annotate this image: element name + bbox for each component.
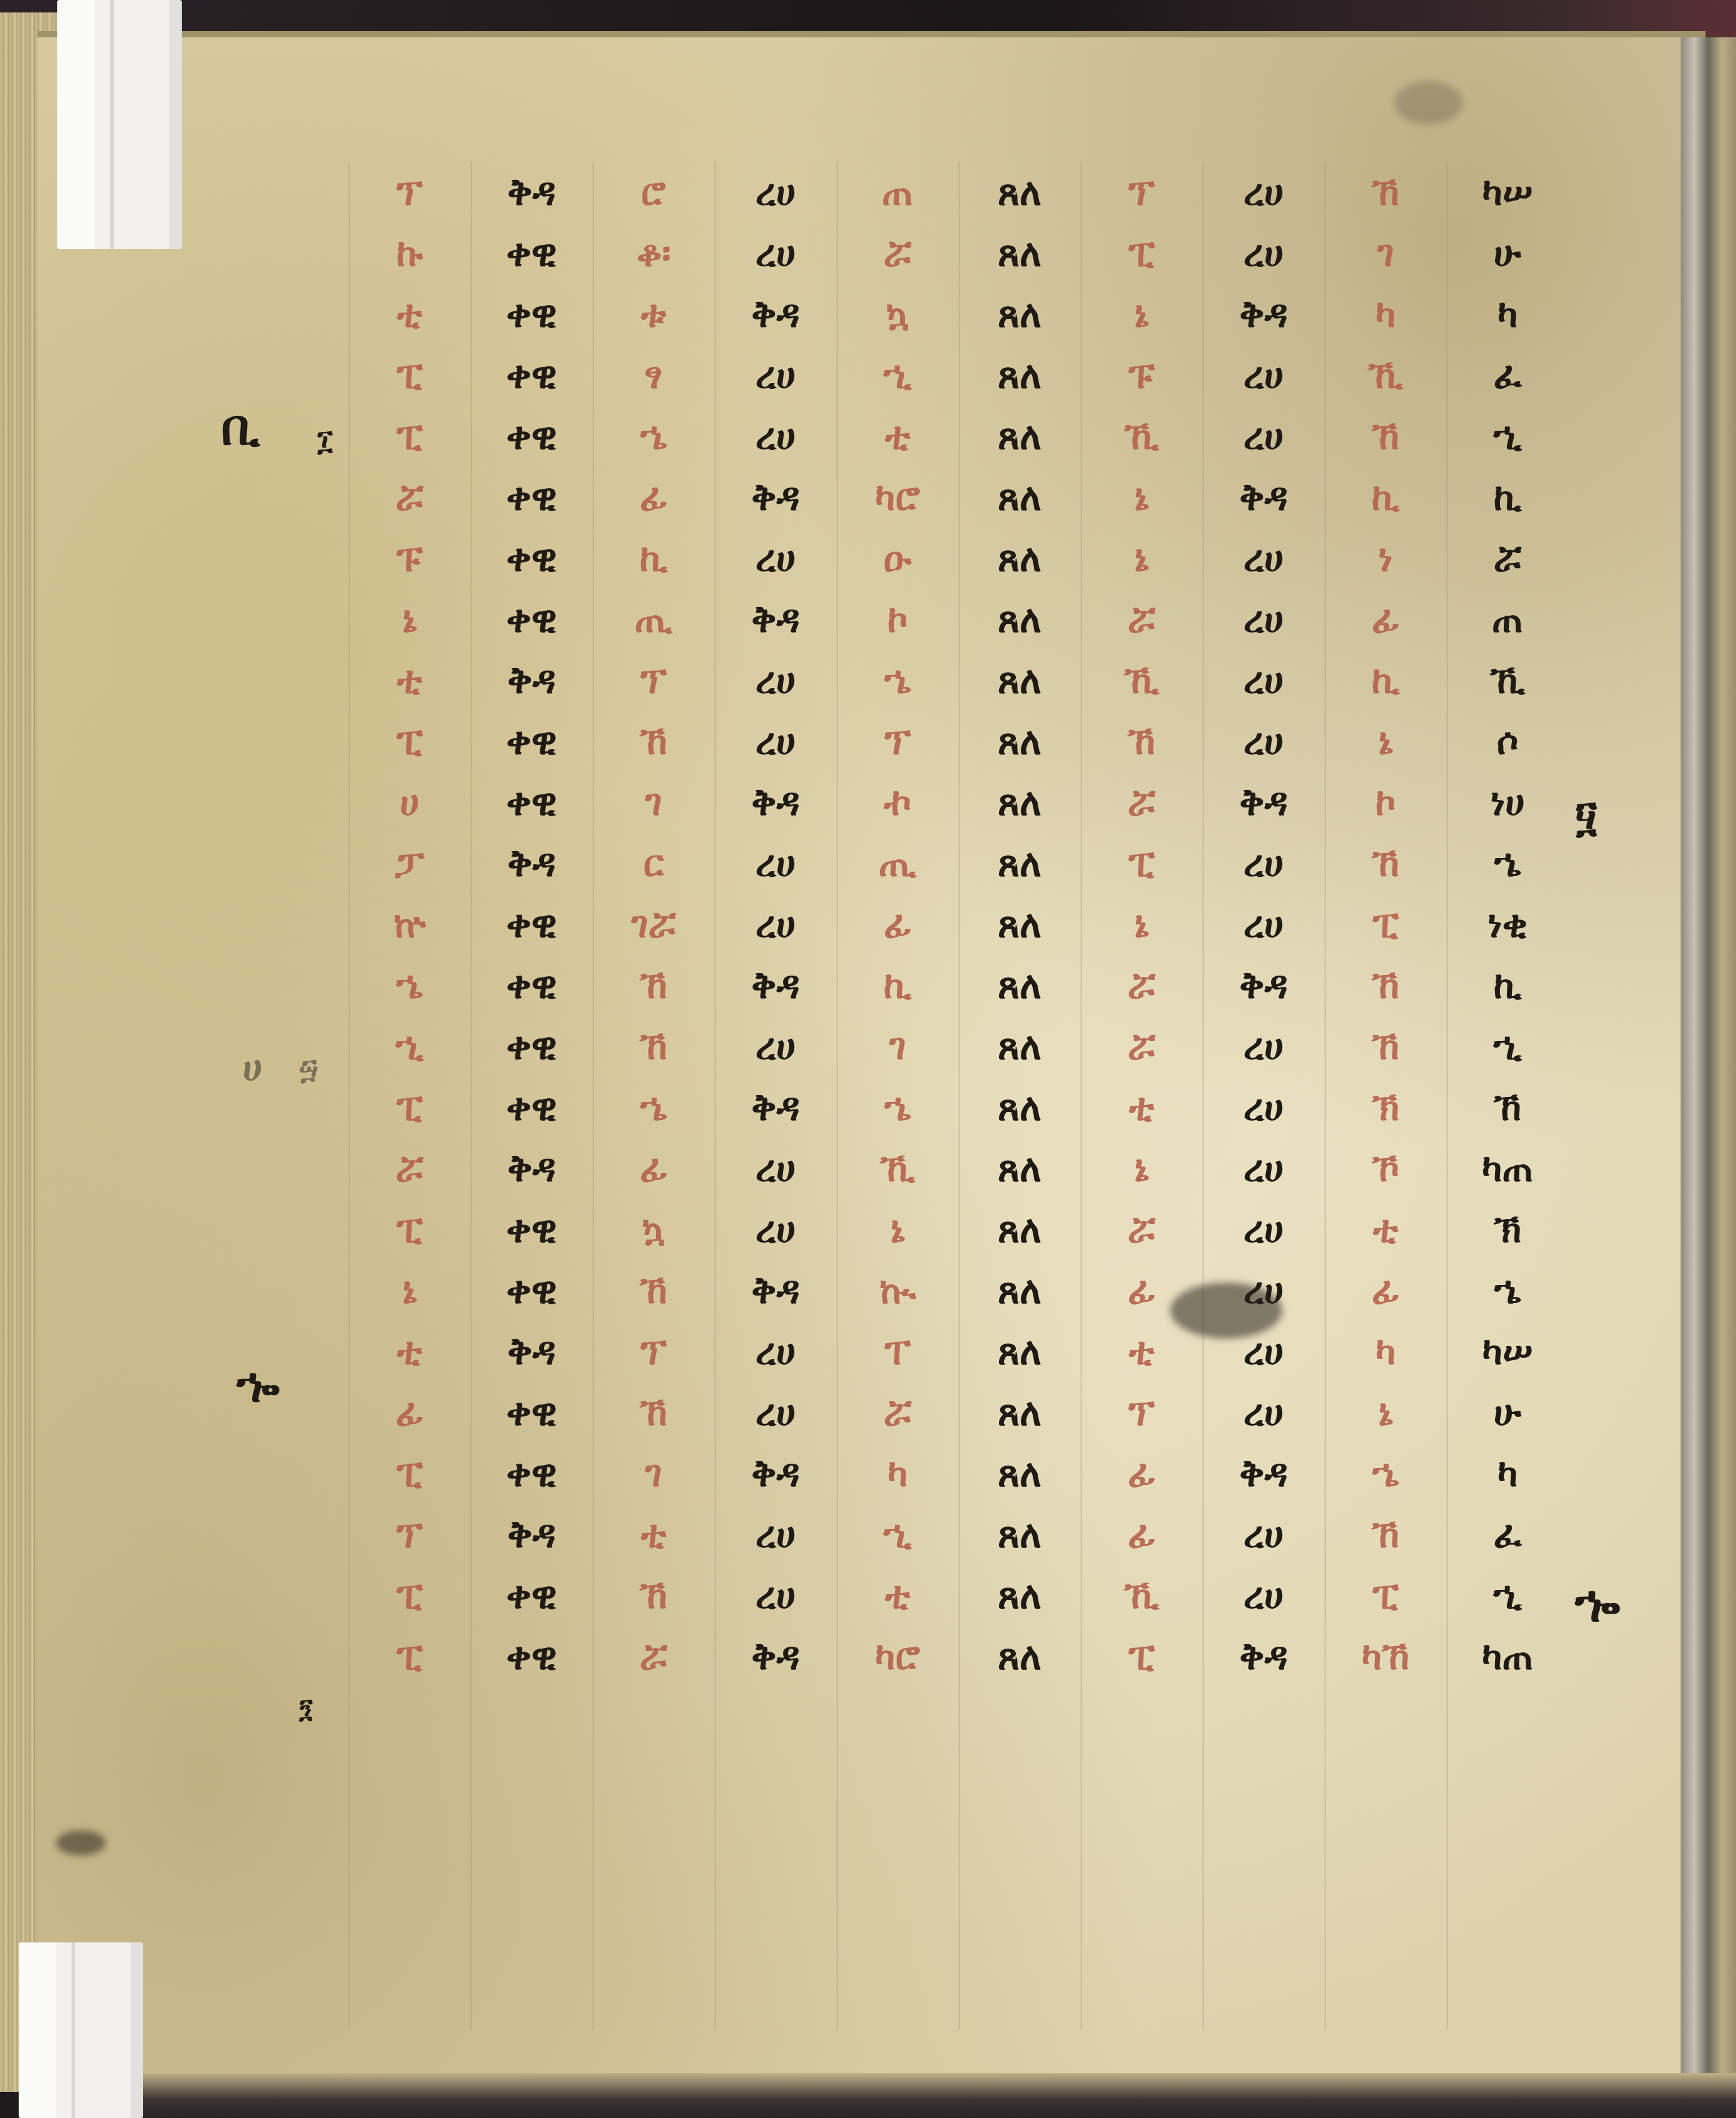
table-cell: ኳ	[837, 284, 959, 345]
table-cell: ኵ	[349, 894, 471, 955]
table-cell: ጢ	[837, 833, 959, 894]
table-cell: ረሀ	[715, 711, 837, 772]
table-cell: ረሀ	[715, 223, 837, 284]
table-cell: ቀዊ	[471, 1016, 593, 1077]
table-cell: ቅዳ	[1203, 772, 1325, 833]
table-cell: ሯ	[1447, 528, 1569, 589]
table-cell: ጸለ	[959, 1443, 1081, 1504]
table-cell: ገሯ	[593, 894, 715, 955]
character-table: ፕቅዳሮረሀጠጸለፕረሀኸካሠኩቀዊቆ፡ረሀሯጸለፒረሀገሁቲቀዊቱቅዳኳጸለኔ…	[349, 162, 1569, 1687]
table-cell: ኔ	[1325, 1382, 1447, 1443]
table-cell: ቲ	[837, 406, 959, 467]
margin-note-numeral: ፺	[299, 1693, 312, 1725]
table-cell: ቀዊ	[471, 711, 593, 772]
table-cell: ሯ	[837, 223, 959, 284]
table-cell: ፒ	[349, 406, 471, 467]
stain	[1394, 81, 1463, 125]
table-cell: ፓ	[349, 833, 471, 894]
table-cell: ኸ	[593, 1382, 715, 1443]
table-cell: ነሀ	[1447, 772, 1569, 833]
table-cell: ፕ	[593, 1321, 715, 1382]
table-cell: ረሀ	[715, 162, 837, 223]
table-cell: ረሀ	[1203, 833, 1325, 894]
table-cell: ቀዊ	[471, 955, 593, 1016]
table-cell: ዑ	[837, 528, 959, 589]
table-cell: ፒ	[349, 1077, 471, 1138]
table-cell: ሶ	[1447, 711, 1569, 772]
table-cell: ጸለ	[959, 1504, 1081, 1565]
table-cell: ካጠ	[1447, 1626, 1569, 1687]
table-cell: ረሀ	[715, 345, 837, 406]
table-cell: ኄ	[593, 1077, 715, 1138]
table-cell: ቲ	[349, 1321, 471, 1382]
table-cell: ጸለ	[959, 1016, 1081, 1077]
table-cell: ፐ	[837, 1321, 959, 1382]
table-cell: ጸለ	[959, 772, 1081, 833]
table-cell: ኮ	[1325, 772, 1447, 833]
table-cell: ኺ	[837, 1138, 959, 1199]
table-cell: ጸለ	[959, 1626, 1081, 1687]
table-cell: ኄ	[1325, 1443, 1447, 1504]
table-cell: ፒ	[1081, 223, 1203, 284]
table-cell: ኯ	[837, 772, 959, 833]
table-cell: ረሀ	[715, 833, 837, 894]
table-cell: ፊ	[349, 1382, 471, 1443]
table-cell: ቀዊ	[471, 1626, 593, 1687]
table-cell: ጸለ	[959, 345, 1081, 406]
table-cell: ቅዳ	[1203, 467, 1325, 528]
table-cell: ቲ	[349, 284, 471, 345]
table-cell: ፒ	[349, 711, 471, 772]
table-cell: ፃ	[593, 345, 715, 406]
table-cell: ረሀ	[715, 528, 837, 589]
margin-note-mark: ኈ	[1575, 1575, 1620, 1634]
table-cell: ቀዊ	[471, 284, 593, 345]
table-cell: ገ	[593, 1443, 715, 1504]
table-cell: ረሀ	[715, 1199, 837, 1260]
table-cell: ኪ	[1325, 467, 1447, 528]
table-cell: ፊ	[1325, 589, 1447, 650]
table-cell: ፒ	[349, 1565, 471, 1626]
table-cell: ጸለ	[959, 711, 1081, 772]
table-cell: ኸ	[593, 711, 715, 772]
table-cell: ቀዊ	[471, 528, 593, 589]
table-cell: ፊ	[593, 1138, 715, 1199]
table-cell: ኽ	[1325, 1077, 1447, 1138]
table-cell: ጸለ	[959, 223, 1081, 284]
table-cell: ፒ	[1325, 1565, 1447, 1626]
table-cell: ነ	[1325, 528, 1447, 589]
table-cell: ረሀ	[715, 1138, 837, 1199]
table-cell: ኔ	[1081, 1138, 1203, 1199]
margin-note-numeral: ፶	[1575, 791, 1597, 842]
table-cell: ኺ	[1325, 345, 1447, 406]
table-cell: ጸለ	[959, 1565, 1081, 1626]
table-cell: ቅዳ	[471, 650, 593, 711]
table-cell: ረሀ	[715, 406, 837, 467]
table-cell: ፒ	[349, 1443, 471, 1504]
margin-note-letter: ቢ	[221, 398, 260, 457]
table-cell: ሯ	[349, 1138, 471, 1199]
table-cell: ረሀ	[1203, 162, 1325, 223]
margin-note-numeral: ፵	[299, 1052, 319, 1087]
table-cell: ፒ	[349, 345, 471, 406]
table-cell: ኄ	[837, 1077, 959, 1138]
table-cell: ጸለ	[959, 528, 1081, 589]
table-cell: ፑ	[349, 528, 471, 589]
table-cell: ረሀ	[1203, 894, 1325, 955]
table-cell: ቲ	[837, 1565, 959, 1626]
table-cell: ጸለ	[959, 1382, 1081, 1443]
table-cell: ቲ	[1325, 1199, 1447, 1260]
table-cell: ካ	[1325, 1321, 1447, 1382]
table-cell: ኸ	[593, 1016, 715, 1077]
table-cell: ኸ	[1081, 711, 1203, 772]
table-cell: ጢ	[593, 589, 715, 650]
table-cell: ኺ	[1081, 650, 1203, 711]
table-cell: ረሀ	[1203, 1016, 1325, 1077]
table-cell: ሯ	[837, 1382, 959, 1443]
table-cell: ኮ	[837, 589, 959, 650]
table-cell: ካሮ	[837, 467, 959, 528]
table-cell: ኸ	[1325, 1016, 1447, 1077]
table-cell: ቅዳ	[1203, 284, 1325, 345]
table-cell: ፒ	[1081, 1626, 1203, 1687]
table-cell: ረሀ	[1203, 1077, 1325, 1138]
table-cell: ቲ	[1081, 1321, 1203, 1382]
table-cell: ሯ	[1081, 589, 1203, 650]
table-cell: ኽ	[1447, 1199, 1569, 1260]
table-cell: ቅዳ	[715, 1260, 837, 1321]
table-cell: ካሮ	[837, 1626, 959, 1687]
table-cell: ቲ	[349, 650, 471, 711]
table-cell: ጸለ	[959, 162, 1081, 223]
table-cell: ኸ	[1325, 406, 1447, 467]
stain	[56, 1830, 106, 1855]
table-cell: ጸለ	[959, 589, 1081, 650]
table-cell: ካ	[1325, 284, 1447, 345]
table-cell: ቅዳ	[471, 1138, 593, 1199]
table-cell: ካሠ	[1447, 1321, 1569, 1382]
table-cell: ቅዳ	[471, 833, 593, 894]
table-cell: ሯ	[349, 467, 471, 528]
table-cell: ፕ	[593, 650, 715, 711]
table-cell: ኄ	[1447, 833, 1569, 894]
table-cell: ረሀ	[1203, 711, 1325, 772]
table-cell: ጸለ	[959, 1077, 1081, 1138]
table-cell: ኸ	[1325, 955, 1447, 1016]
table-cell: ጸለ	[959, 1199, 1081, 1260]
page-clip	[19, 1942, 143, 2118]
table-cell: ረሀ	[1203, 406, 1325, 467]
table-cell: ሀ	[349, 772, 471, 833]
table-cell: ኔ	[1081, 284, 1203, 345]
table-cell: ጸለ	[959, 284, 1081, 345]
ink-smudge	[1170, 1283, 1282, 1339]
table-cell: ኂ	[1447, 1016, 1569, 1077]
table-cell: ሁ	[1447, 1382, 1569, 1443]
table-cell: ቀዊ	[471, 1077, 593, 1138]
table-cell: ፕ	[1081, 1382, 1203, 1443]
table-cell: ኸ	[593, 955, 715, 1016]
page-bottom-edge	[37, 2073, 1736, 2118]
table-cell: ኪ	[1325, 650, 1447, 711]
table-cell: ካሠ	[1447, 162, 1569, 223]
table-cell: ቱ	[593, 284, 715, 345]
table-cell: ኄ	[837, 650, 959, 711]
table-cell: ቆ፡	[593, 223, 715, 284]
table-cell: ረሀ	[1203, 1199, 1325, 1260]
table-cell: ፈ	[1447, 1504, 1569, 1565]
table-cell: ረሀ	[1203, 528, 1325, 589]
table-cell: ቀዊ	[471, 1382, 593, 1443]
table-cell: ሯ	[1081, 1199, 1203, 1260]
table-cell: ሁ	[1447, 223, 1569, 284]
table-cell: ኔ	[349, 589, 471, 650]
table-cell: ረሀ	[1203, 589, 1325, 650]
table-cell: ረሀ	[715, 1565, 837, 1626]
table-cell: ኪ	[837, 955, 959, 1016]
table-cell: ቀዊ	[471, 1260, 593, 1321]
table-cell: ረሀ	[715, 1016, 837, 1077]
table-cell: ካኸ	[1325, 1626, 1447, 1687]
table-cell: ኸ	[1325, 833, 1447, 894]
table-cell: ፈ	[1447, 345, 1569, 406]
table-cell: ኺ	[1081, 1565, 1203, 1626]
table-cell: ፊ	[1081, 1443, 1203, 1504]
table-cell: ኔ	[837, 1199, 959, 1260]
table-cell: ቅዳ	[715, 1443, 837, 1504]
table-cell: ረሀ	[715, 1504, 837, 1565]
table-cell: ኂ	[837, 345, 959, 406]
table-cell: ረሀ	[715, 894, 837, 955]
table-cell: ቅዳ	[471, 1321, 593, 1382]
table-cell: ገ	[1325, 223, 1447, 284]
table-cell: ቀዊ	[471, 406, 593, 467]
table-cell: ኸ	[1325, 162, 1447, 223]
table-cell: ረሀ	[1203, 345, 1325, 406]
table-cell: ኔ	[349, 1260, 471, 1321]
table-cell: ሯ	[593, 1626, 715, 1687]
table-cell: ፊ	[593, 467, 715, 528]
table-cell: ቀዊ	[471, 345, 593, 406]
table-cell: ቅዳ	[471, 1504, 593, 1565]
table-cell: ኔ	[1081, 894, 1203, 955]
table-cell: ቀዊ	[471, 589, 593, 650]
table-cell: ቀዊ	[471, 1199, 593, 1260]
table-cell: ጸለ	[959, 650, 1081, 711]
table-cell: ኪ	[1447, 467, 1569, 528]
table-cell: ኾ	[1325, 1138, 1447, 1199]
table-cell: ፒ	[349, 1199, 471, 1260]
table-cell: ሮ	[593, 162, 715, 223]
table-cell: ር	[593, 833, 715, 894]
table-cell: ኺ	[1081, 406, 1203, 467]
table-cell: ቀዊ	[471, 467, 593, 528]
table-cell: ቅዳ	[715, 772, 837, 833]
table-cell: ኲ	[837, 1260, 959, 1321]
table-cell: ረሀ	[715, 1321, 837, 1382]
table-cell: ኔ	[1081, 528, 1203, 589]
margin-note-mark: ኈ	[237, 1357, 279, 1414]
table-cell: ኳ	[593, 1199, 715, 1260]
table-cell: ጠ	[1447, 589, 1569, 650]
table-cell: ቀዊ	[471, 1443, 593, 1504]
table-cell: ፒ	[1325, 894, 1447, 955]
table-cell: ቅዳ	[715, 589, 837, 650]
table-cell: ፊ	[1325, 1260, 1447, 1321]
table-cell: ኔ	[1325, 711, 1447, 772]
table-cell: ኄ	[593, 406, 715, 467]
table-cell: ፑ	[1081, 345, 1203, 406]
table-cell: ኄ	[1447, 1260, 1569, 1321]
table-cell: ኄ	[349, 955, 471, 1016]
table-cell: ቅዳ	[1203, 1626, 1325, 1687]
table-cell: ኂ	[837, 1504, 959, 1565]
table-cell: ፕ	[1081, 162, 1203, 223]
table-cell: ኺ	[1447, 650, 1569, 711]
table-cell: ኸ	[593, 1260, 715, 1321]
table-cell: ጸለ	[959, 894, 1081, 955]
table-cell: ሯ	[1081, 1016, 1203, 1077]
table-cell: ካ	[1447, 284, 1569, 345]
table-cell: ቅዳ	[715, 1077, 837, 1138]
page-clip	[57, 0, 182, 249]
table-cell: ቲ	[1081, 1077, 1203, 1138]
table-cell: ጸለ	[959, 467, 1081, 528]
table-cell: ቀዊ	[471, 1565, 593, 1626]
table-cell: ኪ	[1447, 955, 1569, 1016]
table-cell: ረሀ	[1203, 1138, 1325, 1199]
table-cell: ፕ	[349, 1504, 471, 1565]
table-cell: ፕ	[349, 162, 471, 223]
table-cell: ጸለ	[959, 833, 1081, 894]
table-cell: ቅዳ	[715, 467, 837, 528]
table-cell: ረሀ	[715, 1382, 837, 1443]
table-cell: ረሀ	[1203, 1504, 1325, 1565]
table-cell: ቅዳ	[1203, 1443, 1325, 1504]
table-cell: ረሀ	[1203, 1382, 1325, 1443]
table-cell: ኩ	[349, 223, 471, 284]
page-right-edge	[1681, 37, 1736, 2092]
table-cell: ኂ	[1447, 406, 1569, 467]
margin-note-letter: ሀ	[243, 1046, 262, 1090]
table-cell: ፊ	[837, 894, 959, 955]
table-cell: ቀዊ	[471, 223, 593, 284]
table-cell: ፕ	[837, 711, 959, 772]
table-cell: ረሀ	[1203, 1565, 1325, 1626]
table-cell: ቀዊ	[471, 894, 593, 955]
table-cell: ኸ	[1325, 1504, 1447, 1565]
table-cell: ቅዳ	[715, 1626, 837, 1687]
table-cell: ጠ	[837, 162, 959, 223]
table-cell: ኪ	[593, 528, 715, 589]
table-cell: ጸለ	[959, 406, 1081, 467]
table-cell: ካ	[837, 1443, 959, 1504]
table-cell: ኔ	[1081, 467, 1203, 528]
table-cell: ቅዳ	[471, 162, 593, 223]
margin-note-numeral: ፲	[317, 423, 332, 458]
table-cell: ጸለ	[959, 1321, 1081, 1382]
table-cell: ጸለ	[959, 1138, 1081, 1199]
table-cell: ረሀ	[715, 650, 837, 711]
table-cell: ኸ	[593, 1565, 715, 1626]
table-cell: ቀዊ	[471, 772, 593, 833]
table-cell: ቅዳ	[1203, 955, 1325, 1016]
table-cell: ቅዳ	[715, 284, 837, 345]
table-cell: ሯ	[1081, 772, 1203, 833]
table-cell: ገ	[593, 772, 715, 833]
table-cell: ካ	[1447, 1443, 1569, 1504]
table-cell: ገ	[837, 1016, 959, 1077]
table-cell: ኸ	[1447, 1077, 1569, 1138]
table-cell: ፒ	[1081, 833, 1203, 894]
table-cell: ኂ	[1447, 1565, 1569, 1626]
table-cell: ጸለ	[959, 1260, 1081, 1321]
table-cell: ጸለ	[959, 955, 1081, 1016]
table-cell: ነቂ	[1447, 894, 1569, 955]
table-cell: ቲ	[593, 1504, 715, 1565]
table-cell: ፒ	[349, 1626, 471, 1687]
table-cell: ቅዳ	[715, 955, 837, 1016]
table-cell: ረሀ	[1203, 650, 1325, 711]
table-cell: ሯ	[1081, 955, 1203, 1016]
table-cell: ኂ	[349, 1016, 471, 1077]
table-cell: ፊ	[1081, 1504, 1203, 1565]
table-cell: ካጠ	[1447, 1138, 1569, 1199]
table-cell: ረሀ	[1203, 223, 1325, 284]
